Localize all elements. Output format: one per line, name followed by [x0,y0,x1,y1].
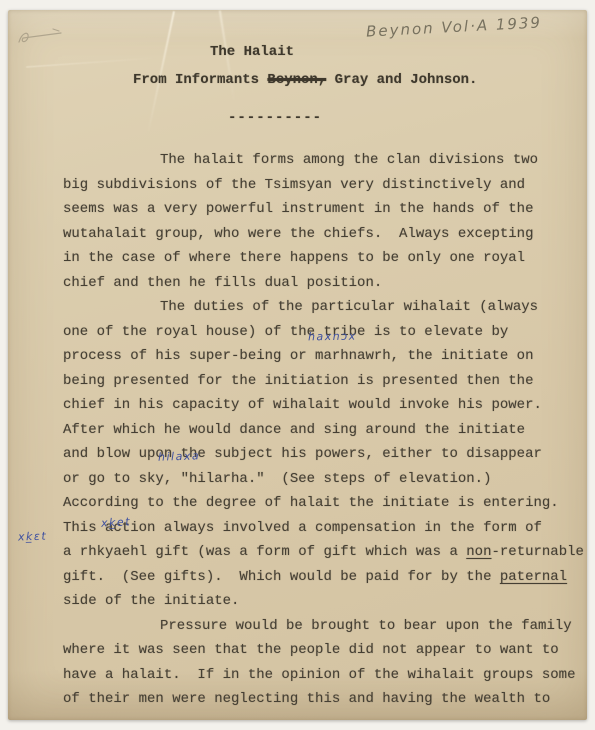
typed-line: big subdivisions of the Tsimsyan very di… [63,173,587,198]
pencil-note: Beynon Vol·A 1939 [366,13,543,40]
handwritten-gloss-rhkyaehl: xk̲et [101,515,132,530]
byline-prefix: From Informants [133,72,267,88]
typed-line: gift. (See gifts). Which would be paid f… [63,565,587,590]
typed-body: The halait forms among the clan division… [63,148,587,712]
typed-line: and blow upon the subject his powers, ei… [63,442,587,467]
typed-line: where it was seen that the people did no… [63,638,587,663]
typed-line: seems was a very powerful instrument in … [63,197,587,222]
scanned-page: Beynon Vol·A 1939 The Halait From Inform… [8,10,587,720]
underlined-word: non [466,544,491,560]
typed-line: chief in his capacity of wihalait would … [63,393,587,418]
typed-line: a rhkyaehl gift (was a form of gift whic… [63,540,587,565]
line-text: -returnable [491,544,583,560]
handwritten-gloss-marhnawrh: haxnɔx [308,330,357,344]
typed-line: The duties of the particular wihalait (a… [63,295,587,320]
handwritten-margin-gloss: xk̲ɛt [18,529,48,543]
byline-suffix: Gray and Johnson. [326,72,477,88]
line-text: a rhkyaehl gift (was a form of gift whic… [63,544,466,560]
typed-line: According to the degree of halait the in… [63,491,587,516]
typed-line: chief and then he fills dual position. [63,271,587,296]
page-title: The Halait [210,44,294,60]
typed-line: This action always involved a compensati… [63,516,587,541]
byline: From Informants Beynon, Gray and Johnson… [133,72,477,88]
typed-line: of their men were neglecting this and ha… [63,687,587,712]
typed-line: process of his super-being or marhnawrh,… [63,344,587,369]
typed-line: Pressure would be brought to bear upon t… [63,614,587,639]
handwritten-gloss-hilarha: hilaxa [158,449,201,463]
line-text: gift. (See gifts). Which would be paid f… [63,569,500,585]
underlined-word: paternal [500,569,567,585]
paper-crease [26,57,156,67]
typed-line: have a halait. If in the opinion of the … [63,663,587,688]
struck-informant-name: Beynon, [267,72,326,88]
separator-dashes: ---------- [228,110,322,126]
typed-line: The halait forms among the clan division… [63,148,587,173]
typed-line: in the case of where there happens to be… [63,246,587,271]
typed-line: After which he would dance and sing arou… [63,418,587,443]
pencil-scribble [13,22,75,54]
typed-line: being presented for the initiation is pr… [63,369,587,394]
typed-line: wutahalait group, who were the chiefs. A… [63,222,587,247]
typed-line: or go to sky, "hilarha." (See steps of e… [63,467,587,492]
typed-line: side of the initiate. [63,589,587,614]
